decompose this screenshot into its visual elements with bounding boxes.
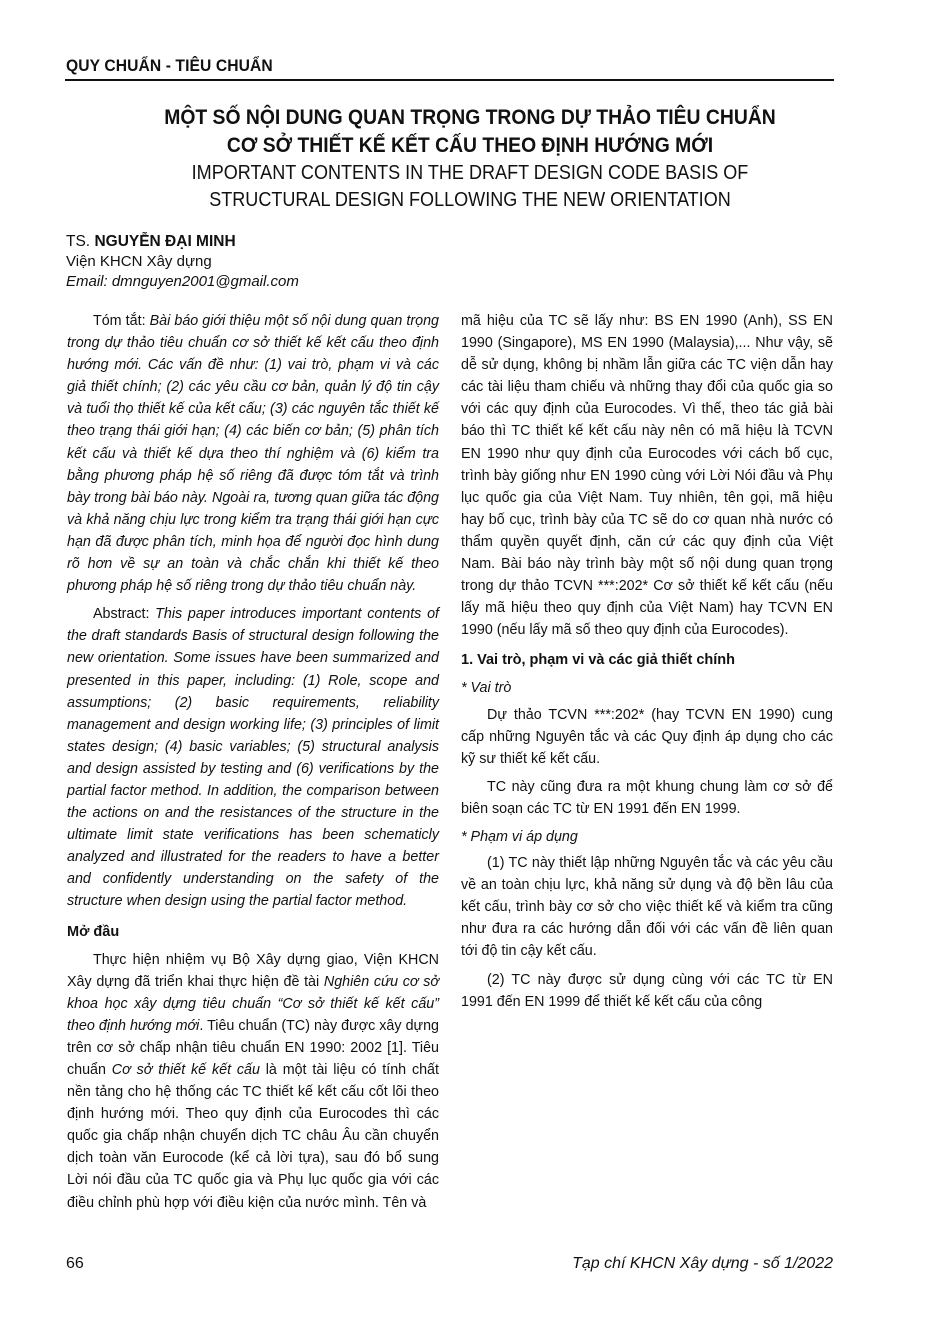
left-column: Tóm tắt: Bài báo giới thiệu một số nội d… <box>67 310 439 1220</box>
intro-heading: Mở đầu <box>67 921 439 943</box>
abstract-vi-label: Tóm tắt: <box>93 313 146 329</box>
scope-paragraph-1: (1) TC này thiết lập những Nguyên tắc và… <box>461 852 833 962</box>
right-column: mã hiệu của TC sẽ lấy như: BS EN 1990 (A… <box>461 310 833 1019</box>
intro-continuation: mã hiệu của TC sẽ lấy như: BS EN 1990 (A… <box>461 310 833 641</box>
title-en-line2: STRUCTURAL DESIGN FOLLOWING THE NEW ORIE… <box>109 186 831 213</box>
intro-text-e: là một tài liệu có tính chất nền tảng ch… <box>67 1062 439 1211</box>
title-block: MỘT SỐ NỘI DUNG QUAN TRỌNG TRONG DỰ THẢO… <box>60 103 880 213</box>
author-name: NGUYỄN ĐẠI MINH <box>94 233 235 250</box>
author-block: TS. NGUYỄN ĐẠI MINH Viện KHCN Xây dựng E… <box>66 232 299 292</box>
subheading-scope: * Phạm vi áp dụng <box>461 826 833 848</box>
abstract-en-text: This paper introduces important contents… <box>67 606 439 909</box>
intro-standard-title: Cơ sở thiết kế kết cấu <box>112 1062 260 1078</box>
title-en-line1: IMPORTANT CONTENTS IN THE DRAFT DESIGN C… <box>109 159 831 186</box>
abstract-vi-text: Bài báo giới thiệu một số nội dung quan … <box>67 313 439 594</box>
author-line: TS. NGUYỄN ĐẠI MINH <box>66 232 299 252</box>
role-paragraph-2: TC này cũng đưa ra một khung chung làm c… <box>461 776 833 820</box>
title-vi-line2: CƠ SỞ THIẾT KẾ KẾT CẤU THEO ĐỊNH HƯỚNG M… <box>101 131 839 159</box>
running-head: QUY CHUẨN - TIÊU CHUẨN <box>66 56 273 76</box>
abstract-en: Abstract: This paper introduces importan… <box>67 603 439 912</box>
scope-paragraph-2: (2) TC này được sử dụng cùng với các TC … <box>461 969 833 1013</box>
intro-paragraph: Thực hiện nhiệm vụ Bộ Xây dựng giao, Việ… <box>67 949 439 1214</box>
role-paragraph-1: Dự thảo TCVN ***:202* (hay TCVN EN 1990)… <box>461 704 833 770</box>
journal-footer: Tạp chí KHCN Xây dựng - số 1/2022 <box>572 1255 833 1273</box>
abstract-en-label: Abstract: <box>93 606 149 622</box>
subheading-role: * Vai trò <box>461 677 833 699</box>
page-number: 66 <box>66 1255 84 1273</box>
header-rule <box>65 79 834 81</box>
title-vi-line1: MỘT SỐ NỘI DUNG QUAN TRỌNG TRONG DỰ THẢO… <box>101 103 839 131</box>
author-prefix: TS. <box>66 233 90 250</box>
author-email[interactable]: Email: dmnguyen2001@gmail.com <box>66 272 299 292</box>
section1-heading: 1. Vai trò, phạm vi và các giả thiết chí… <box>461 649 833 671</box>
author-affiliation: Viện KHCN Xây dựng <box>66 252 299 272</box>
abstract-vi: Tóm tắt: Bài báo giới thiệu một số nội d… <box>67 310 439 597</box>
